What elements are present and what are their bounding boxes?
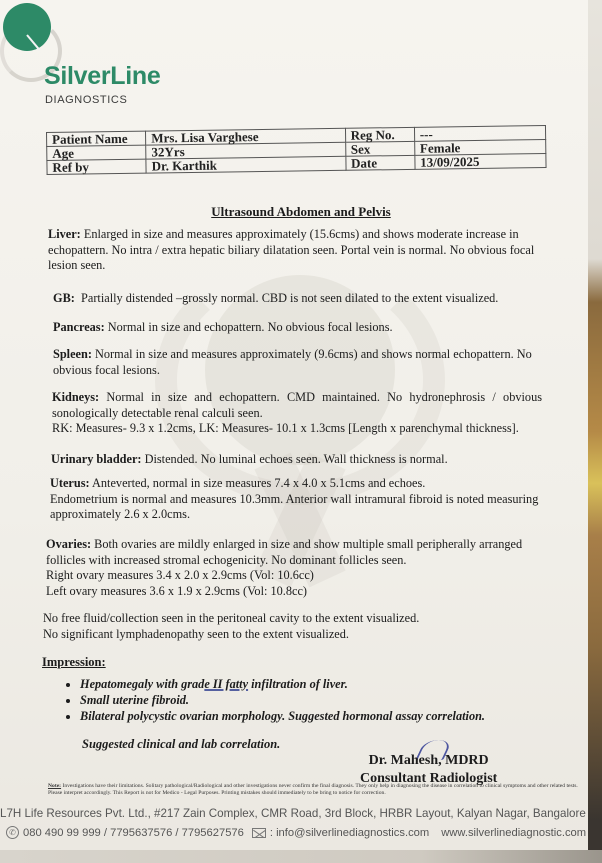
report-page: SilverLine DIAGNOSTICS Patient Name Mrs.… — [0, 0, 590, 850]
spleen-label: Spleen: — [53, 347, 92, 361]
ovaries-text: Both ovaries are mildly enlarged in size… — [46, 537, 522, 567]
doctor-name: Dr. Mahesh, MDRD — [360, 752, 497, 770]
finding-pancreas: Pancreas: Normal in size and echopattern… — [53, 320, 543, 336]
footer-email[interactable]: : info@silverlinediagnostics.com — [270, 827, 429, 839]
kidneys-measurements: RK: Measures- 9.3 x 1.2cms, LK: Measures… — [52, 421, 542, 437]
lymph-text: No significant lymphadenopathy seen to t… — [43, 627, 533, 643]
finding-liver: Liver: Enlarged in size and measures app… — [48, 227, 538, 274]
green-circle-icon — [3, 3, 51, 51]
note-text: Investigations have their limitations. S… — [48, 783, 578, 796]
impression-list: Hepatomegaly with grade II fatty infiltr… — [60, 676, 485, 724]
impression-item: Hepatomegaly with grade II fatty infiltr… — [80, 676, 485, 692]
footer-contact: ✆ 080 490 99 999 / 7795637576 / 77956275… — [6, 826, 590, 839]
note-label: Note: — [48, 783, 61, 789]
date-value: 13/09/2025 — [415, 154, 546, 170]
patient-name-label: Patient Name — [47, 131, 146, 146]
spleen-text: Normal in size and measures approximatel… — [53, 347, 532, 377]
pen-underline-mark: e II fatty — [204, 677, 248, 691]
free-fluid-text: No free fluid/collection seen in the per… — [43, 611, 533, 627]
impression-text: infiltration of liver. — [248, 677, 348, 691]
impression-item: Small uterine fibroid. — [80, 692, 485, 708]
left-ovary: Left ovary measures 3.6 x 1.9 x 2.9cms (… — [46, 584, 536, 600]
kidneys-label: Kidneys: — [52, 390, 99, 404]
gb-label: GB: — [53, 291, 75, 305]
impression-heading: Impression: — [42, 655, 106, 670]
finding-gb: GB: Partially distended –grossly normal.… — [53, 291, 543, 307]
pancreas-label: Pancreas: — [53, 320, 105, 334]
background-edge — [0, 850, 602, 863]
footer-address: L7H Life Resources Pvt. Ltd., #217 Zain … — [0, 807, 590, 820]
ref-by-value: Dr. Karthik — [146, 156, 346, 173]
ovaries-label: Ovaries: — [46, 537, 91, 551]
liver-label: Liver: — [48, 227, 81, 241]
impression-text: Hepatomegaly with grad — [80, 677, 204, 691]
mail-icon — [252, 828, 266, 838]
kidneys-text: Normal in size and echopattern. CMD main… — [52, 390, 542, 420]
bladder-label: Urinary bladder: — [51, 452, 142, 466]
disclaimer-note: Note: Investigations have their limitati… — [48, 783, 578, 796]
brand-logo: SilverLine DIAGNOSTICS — [0, 0, 200, 110]
finding-bladder: Urinary bladder: Distended. No luminal e… — [51, 452, 541, 468]
impression-item: Bilateral polycystic ovarian morphology.… — [80, 708, 485, 724]
uterus-text-2: Endometrium is normal and measures 10.3m… — [50, 492, 540, 523]
finding-kidneys: Kidneys: Normal in size and echopattern.… — [52, 390, 542, 437]
brand-subtitle: DIAGNOSTICS — [45, 94, 127, 106]
phone-icon: ✆ — [6, 826, 19, 839]
age-label: Age — [47, 145, 146, 160]
date-label: Date — [345, 155, 414, 170]
liver-text: Enlarged in size and measures approximat… — [48, 227, 534, 272]
bladder-text: Distended. No luminal echoes seen. Wall … — [145, 452, 448, 466]
footer-website[interactable]: www.silverlinediagnostic.com — [441, 827, 586, 839]
uterus-text: Anteverted, normal in size measures 7.4 … — [92, 476, 425, 490]
ref-by-label: Ref by — [47, 159, 146, 174]
footer-phones: 080 490 99 999 / 7795637576 / 7795627576 — [23, 827, 244, 839]
brand-name: SilverLine — [44, 62, 161, 91]
reg-no-label: Reg No. — [345, 127, 414, 142]
finding-ovaries: Ovaries: Both ovaries are mildly enlarge… — [46, 537, 536, 599]
report-title: Ultrasound Abdomen and Pelvis — [0, 204, 590, 220]
finding-general: No free fluid/collection seen in the per… — [43, 611, 533, 642]
correlation-note: Suggested clinical and lab correlation. — [82, 737, 280, 752]
sex-label: Sex — [345, 141, 414, 156]
right-ovary: Right ovary measures 3.4 x 2.0 x 2.9cms … — [46, 568, 536, 584]
gb-text: Partially distended –grossly normal. CBD… — [81, 291, 498, 305]
finding-uterus: Uterus: Anteverted, normal in size measu… — [50, 476, 540, 523]
finding-spleen: Spleen: Normal in size and measures appr… — [53, 347, 543, 378]
background-edge — [588, 0, 602, 863]
uterus-label: Uterus: — [50, 476, 90, 490]
patient-info-table: Patient Name Mrs. Lisa Varghese Reg No. … — [46, 125, 547, 175]
pancreas-text: Normal in size and echopattern. No obvio… — [108, 320, 393, 334]
